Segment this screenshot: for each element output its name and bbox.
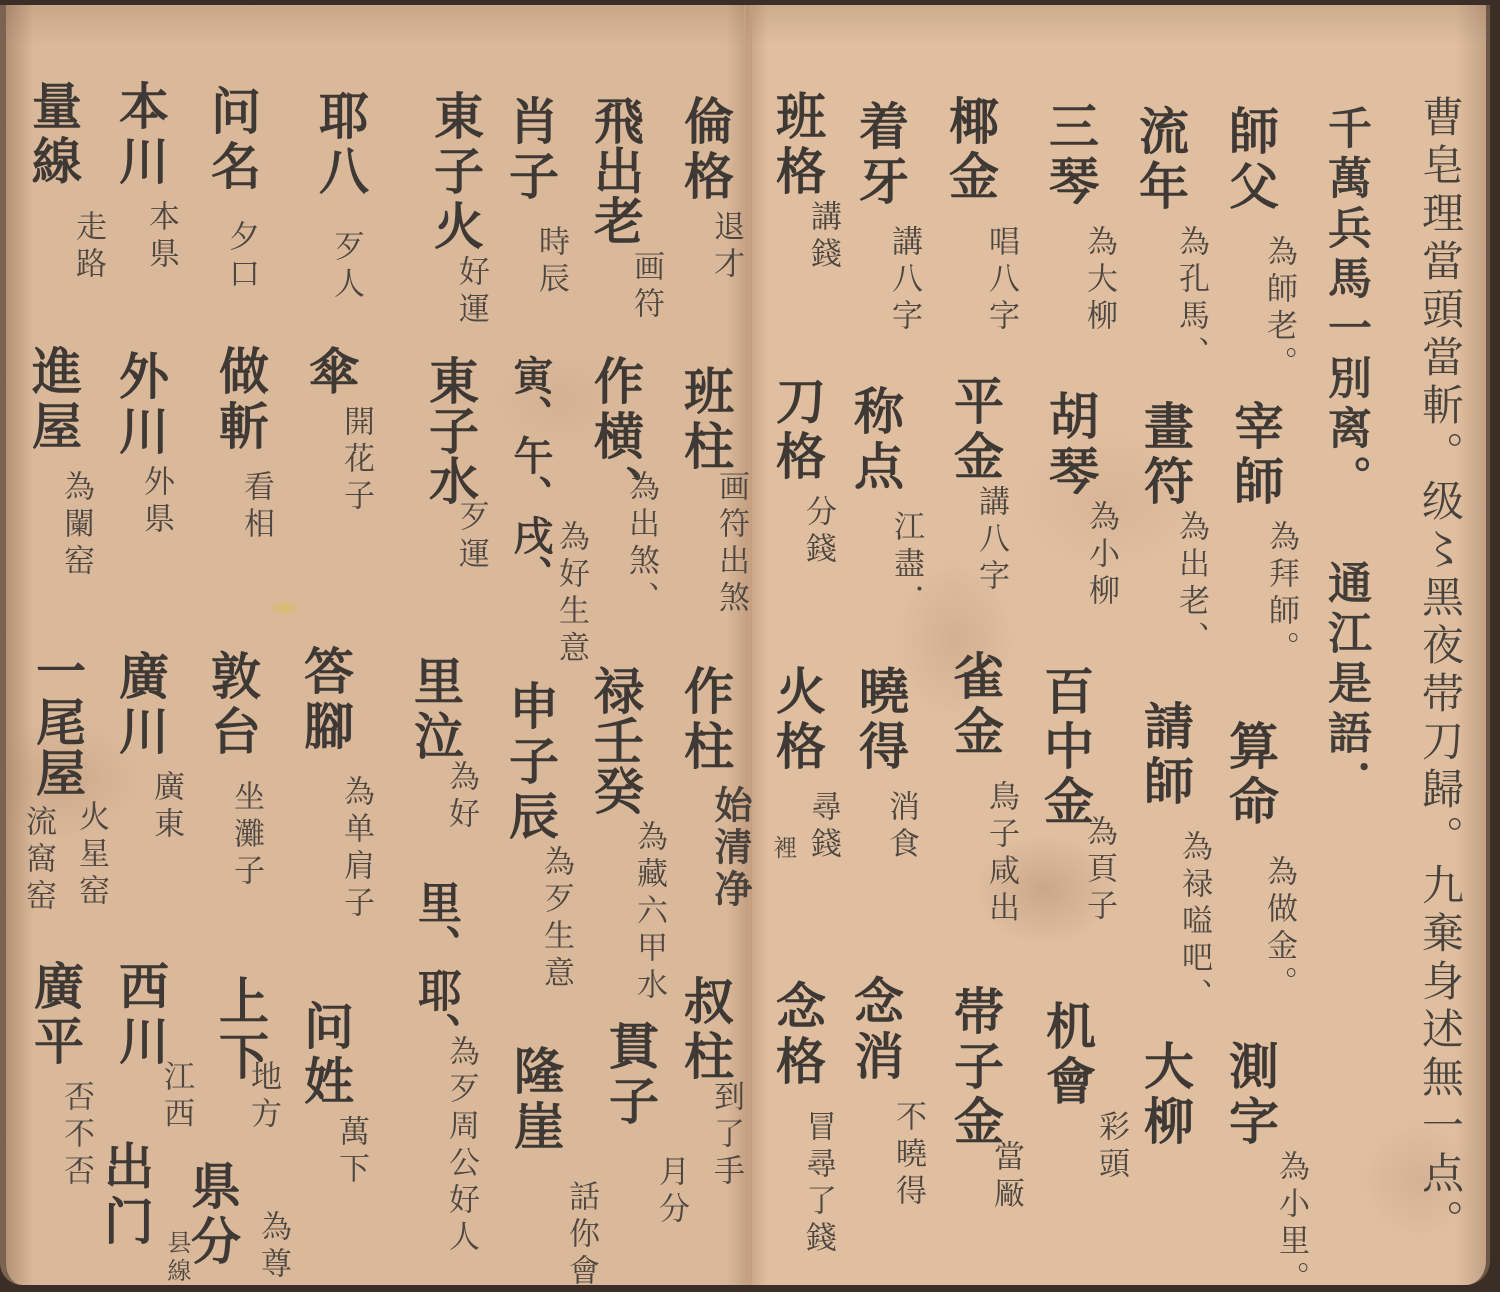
gloss: 歹人 — [330, 230, 361, 304]
gloss: 分錢 — [802, 495, 833, 569]
gloss: 為歹周公好人 — [445, 1035, 476, 1257]
gloss: 為做金。 — [1263, 855, 1294, 1003]
gloss: 萬下 — [335, 1115, 366, 1189]
gloss: 為孔馬、 — [1175, 225, 1206, 373]
term: 里泣 — [410, 655, 460, 765]
gloss: 不曉得 — [892, 1100, 923, 1211]
term: 班柱 — [680, 365, 730, 475]
term: 椰金 — [945, 95, 995, 205]
term: 出门 — [100, 1140, 150, 1250]
gloss: 廣東 — [150, 770, 181, 844]
gloss: 本県 — [145, 200, 176, 274]
gloss: 講八字 — [975, 485, 1006, 596]
term: 本川 — [115, 80, 165, 190]
term: 一尾屋 — [32, 645, 82, 798]
term: 火格 — [772, 665, 822, 775]
term: 貫子 — [605, 1020, 655, 1130]
term: 问名 — [207, 85, 257, 195]
term: 叔柱 — [680, 975, 730, 1085]
term: 廣平 — [30, 960, 80, 1070]
term: 県分 — [187, 1160, 237, 1270]
term: 請師 — [1140, 700, 1190, 810]
term: 念格 — [772, 980, 822, 1090]
gloss: 火星窑 — [75, 800, 106, 911]
term: 耶八 — [315, 90, 365, 200]
gloss: 歹運 — [455, 500, 486, 574]
gloss: 到了手 — [710, 1080, 741, 1191]
term: 班格 — [772, 90, 822, 200]
term: 百中金 — [1040, 665, 1090, 830]
gloss-secondary: 流窩窑 — [22, 805, 53, 916]
term: 里、耶、 — [413, 880, 457, 1056]
term: 進屋 — [28, 345, 78, 455]
gloss: 地方 — [247, 1060, 278, 1134]
gloss: 當厰 — [990, 1140, 1021, 1214]
gloss: 外県 — [140, 465, 171, 539]
term: 西川 — [115, 960, 165, 1070]
term: 帯子金 — [950, 985, 1000, 1150]
gloss: 否不否 — [60, 1080, 91, 1191]
gloss: 始清净 — [711, 785, 749, 911]
term: 飛出老 — [590, 95, 640, 245]
term: 寅、午、戌、 — [510, 355, 550, 595]
gloss: 為尊 — [257, 1210, 288, 1284]
gloss: 為单肩子 — [340, 775, 371, 923]
gloss: 為拜師。 — [1265, 520, 1296, 668]
gloss: 县線 — [165, 1230, 189, 1286]
gloss: 消食 — [885, 790, 916, 864]
book-spine — [744, 5, 752, 1285]
term: 问姓 — [300, 1000, 350, 1110]
verse-line: 通江是語． — [1323, 560, 1367, 810]
gloss: 好運 — [455, 255, 486, 329]
gloss: 月分 — [655, 1155, 686, 1229]
term: 東子火 — [430, 90, 480, 255]
term: 称点 — [850, 385, 900, 495]
term: 量線 — [28, 80, 78, 190]
gloss: 話你會 — [565, 1180, 596, 1291]
term: 胡琴 — [1045, 390, 1095, 500]
term: 答腳 — [300, 645, 350, 755]
gloss: 為師老。 — [1263, 235, 1294, 383]
gloss: 為藏六甲水 — [633, 820, 664, 1005]
term: 師父 — [1225, 105, 1275, 215]
gloss: 為出老、 — [1175, 510, 1206, 658]
term: 禄壬癸 — [590, 665, 640, 815]
gloss: 夕口 — [225, 220, 256, 294]
term: 作柱 — [680, 665, 730, 775]
gloss: 江盡． — [890, 510, 921, 621]
verse-line: 千萬兵馬一別离。 — [1323, 105, 1367, 505]
term: 机會 — [1042, 1000, 1092, 1110]
term: 流年 — [1135, 105, 1185, 215]
gloss: 画符出煞 — [715, 470, 746, 618]
term: 算命 — [1225, 720, 1275, 830]
gloss: 講八字 — [888, 225, 919, 336]
gloss: 為出煞、 — [625, 470, 656, 618]
intro-text: 曹皂理當頭當斬。级〻黑夜帯刀歸。九棄身述無一点。 — [1419, 95, 1461, 1247]
gloss: 為小里。 — [1275, 1150, 1306, 1292]
gloss: 画符 — [630, 250, 661, 324]
gloss: 看相 — [240, 470, 271, 544]
gloss: 冒尋了錢 — [802, 1110, 833, 1258]
term: 測字 — [1225, 1040, 1275, 1150]
term: 傘 — [305, 345, 355, 400]
term: 着牙 — [855, 100, 905, 210]
term: 東子水 — [425, 355, 475, 505]
term: 平金 — [950, 375, 1000, 485]
term: 畫符 — [1140, 400, 1190, 510]
gloss: 時辰 — [535, 225, 566, 299]
gloss: 為好生意 — [555, 520, 586, 668]
term: 刀格 — [772, 375, 822, 485]
gloss: 為闌窑 — [60, 470, 91, 581]
term: 廣川 — [115, 650, 165, 760]
term: 雀金 — [950, 650, 1000, 760]
term: 敦台 — [207, 650, 257, 760]
term: 申子辰 — [505, 680, 555, 845]
gloss: 為頁子 — [1083, 815, 1114, 926]
term: 大柳 — [1140, 1040, 1190, 1150]
term: 做斬 — [215, 345, 265, 455]
gloss: 為小柳 — [1085, 500, 1116, 611]
open-book: 曹皂理當頭當斬。级〻黑夜帯刀歸。九棄身述無一点。 千萬兵馬一別离。 通江是語． … — [0, 0, 1500, 1292]
gloss: 鳥子咸出 — [985, 780, 1016, 928]
gloss: 江西 — [160, 1060, 191, 1134]
gloss: 為禄嗌吧、 — [1178, 830, 1209, 1015]
gloss: 開花子 — [340, 405, 371, 516]
gloss: 走路 — [72, 210, 103, 284]
term: 隆崖 — [510, 1045, 560, 1155]
gloss: 彩頭 — [1095, 1110, 1126, 1184]
gloss: 坐灘子 — [230, 780, 261, 891]
term: 宰師 — [1230, 400, 1280, 510]
gloss: 尋錢 — [807, 790, 838, 864]
gloss: 講錢 — [807, 200, 838, 274]
gloss: 為好 — [445, 760, 476, 834]
margin-note: 裡 — [771, 835, 795, 863]
gloss: 唱八字 — [985, 225, 1016, 336]
term: 肖子 — [505, 95, 555, 205]
term: 三琴 — [1045, 100, 1095, 210]
gloss: 為歹生意 — [540, 845, 571, 993]
gloss: 退才 — [710, 210, 741, 284]
gloss: 為大柳 — [1083, 225, 1114, 336]
term: 外川 — [115, 350, 165, 460]
term: 念消 — [850, 975, 900, 1085]
term: 曉得 — [855, 665, 905, 775]
term: 倫格 — [680, 95, 730, 205]
